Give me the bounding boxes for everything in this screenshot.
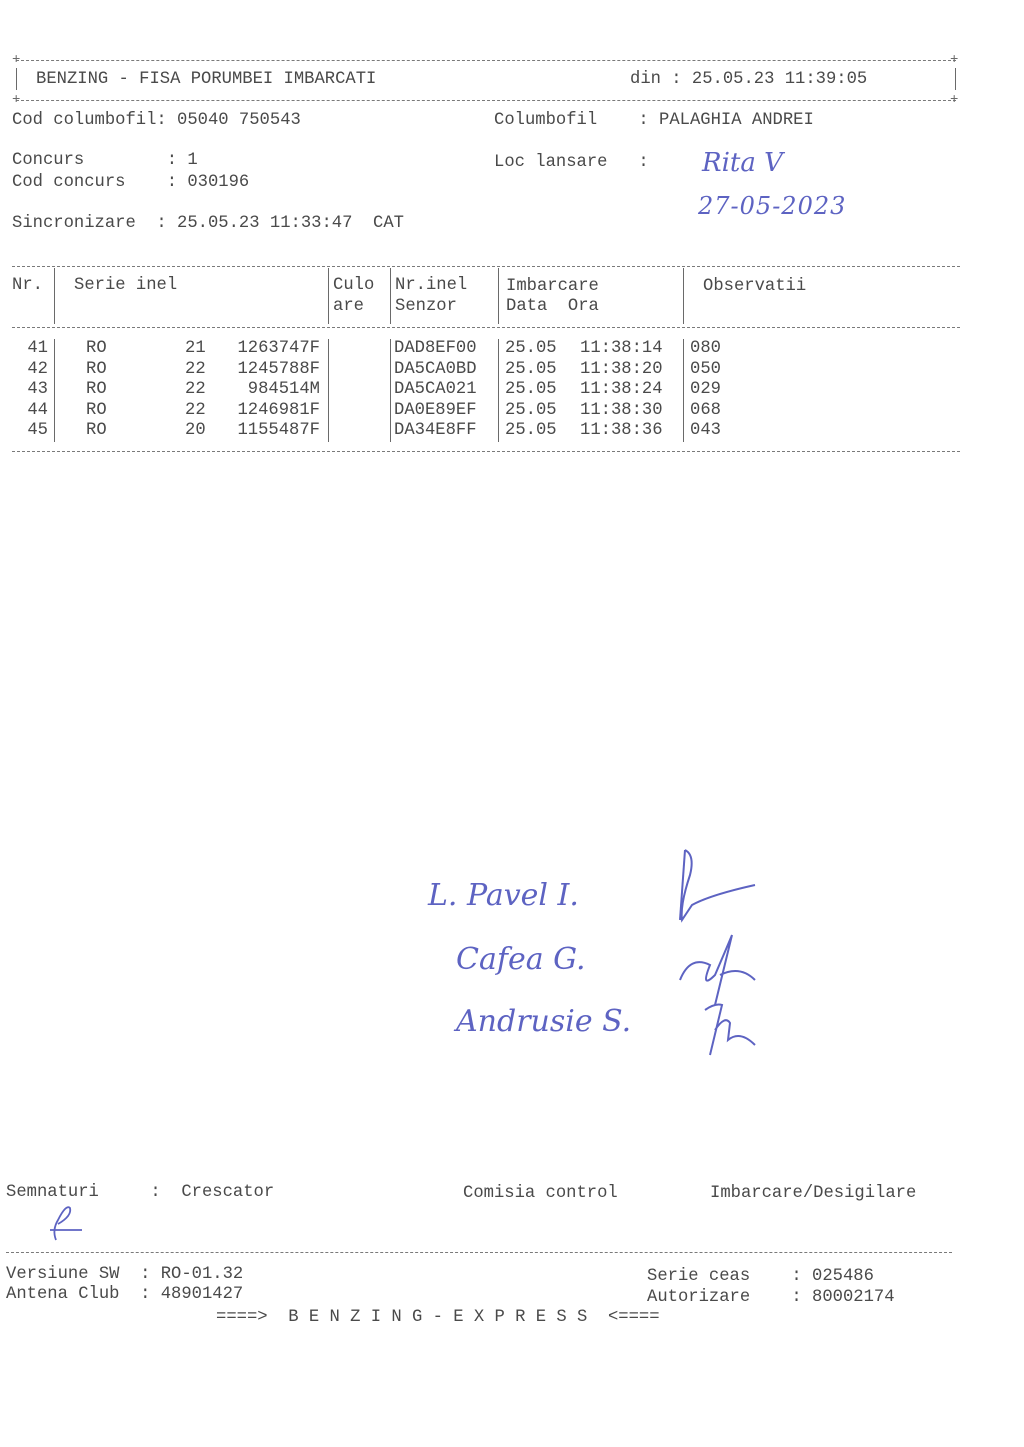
columbofil-name: PALAGHIA ANDREI [659,111,814,130]
cell-nr: 42 [12,360,48,380]
cell-nr: 44 [12,401,48,421]
table-bottom-border [12,451,960,452]
imbarcare-desigilare-label: Imbarcare/Desigilare [710,1184,916,1204]
col-divider [328,339,329,360]
cell-year: 22 [185,401,206,421]
cell-ring: 1155487F [222,421,320,441]
cell-senzor: DA5CA021 [394,380,477,400]
brand-banner: ====> B E N Z I N G - E X P R E S S <===… [216,1308,660,1328]
serie-ceas-value: 025486 [812,1267,874,1286]
cell-country: RO [86,401,107,421]
autorizare: Autorizare : 80002174 [647,1288,895,1308]
comisia-control-label: Comisia control [463,1184,618,1204]
header-imbarcare-2: Data Ora [506,297,599,317]
loc-lansare: Loc lansare : [494,153,649,173]
cell-ora: 11:38:36 [580,421,663,441]
cell-observatii: 029 [690,380,721,400]
cell-year: 22 [185,380,206,400]
corner-mark: + [12,95,20,105]
serie-ceas: Serie ceas : 025486 [647,1267,874,1287]
cell-country: RO [86,380,107,400]
sincronizare-value: 25.05.23 11:33:47 [177,214,352,233]
header-serie-inel: Serie inel [74,276,177,296]
cell-data: 25.05 [505,360,557,380]
header-nr: Nr. [12,276,43,296]
cell-ora: 11:38:20 [580,360,663,380]
col-divider [54,380,55,401]
sincronizare: Sincronizare : 25.05.23 11:33:47 CAT [12,214,404,234]
versiune-sw: Versiune SW : RO-01.32 [6,1265,243,1285]
header-nr-inel-2: Senzor [395,297,457,317]
table-row: 41RO211263747FDAD8EF0025.0511:38:14080 [0,339,1024,360]
col-divider [683,339,684,360]
versiune-sw-value: RO-01.32 [161,1265,244,1284]
cell-nr: 41 [12,339,48,359]
col-divider [498,421,499,442]
print-date-label: din : 25.05.23 11:39:05 [630,70,867,90]
cell-year: 20 [185,421,206,441]
col-divider [498,339,499,360]
concurs: Concurs : 1 [12,151,198,171]
cell-data: 25.05 [505,401,557,421]
corner-mark: + [950,55,958,65]
cell-ora: 11:38:24 [580,380,663,400]
col-divider [498,380,499,401]
cell-year: 22 [185,360,206,380]
cell-observatii: 080 [690,339,721,359]
col-divider [683,360,684,381]
cell-ring: 984514M [222,380,320,400]
col-divider [498,360,499,381]
commission-signature-2: Cafea G. [456,942,586,977]
document-title: BENZING - FISA PORUMBEI IMBARCATI [36,70,376,90]
col-divider [54,339,55,360]
header-nr-inel-1: Nr.inel [395,276,467,296]
col-divider [390,401,391,422]
cell-ora: 11:38:14 [580,339,663,359]
table-top-border [12,266,960,267]
header-top-border [16,60,956,61]
antena-club: Antena Club : 48901427 [6,1285,243,1305]
cell-ora: 11:38:30 [580,401,663,421]
corner-mark: + [12,55,20,65]
col-divider [390,268,391,324]
header-right-border [955,68,956,90]
cod-columbofil: Cod columbofil: 05040 750543 [12,111,301,131]
cell-senzor: DA0E89EF [394,401,477,421]
footer-divider [6,1252,952,1253]
col-divider [54,268,55,324]
col-divider [683,380,684,401]
autorizare-value: 80002174 [812,1288,895,1307]
cell-year: 21 [185,339,206,359]
col-divider [54,360,55,381]
print-date-value: 25.05.23 11:39:05 [692,70,867,89]
col-divider [390,339,391,360]
corner-mark: + [950,95,958,105]
commission-signature-1: L. Pavel I. [428,878,579,913]
cell-nr: 45 [12,421,48,441]
table-row: 43RO22984514MDA5CA02125.0511:38:24029 [0,380,1024,401]
cell-senzor: DA34E8FF [394,421,477,441]
cell-data: 25.05 [505,380,557,400]
table-row: 44RO221246981FDA0E89EF25.0511:38:30068 [0,401,1024,422]
cell-data: 25.05 [505,339,557,359]
header-left-border [16,68,17,90]
col-divider [328,421,329,442]
semnaturi-label: Semnaturi : Crescator [6,1183,274,1203]
col-divider [683,268,684,324]
col-divider [328,380,329,401]
header-imbarcare-1: Imbarcare [506,277,599,297]
col-divider [54,421,55,442]
cell-observatii: 043 [690,421,721,441]
cell-country: RO [86,421,107,441]
columbofil: Columbofil : PALAGHIA ANDREI [494,111,814,131]
commission-signature-3: Andrusie S. [456,1004,631,1039]
header-culoare-1: Culo [333,276,374,296]
col-divider [328,360,329,381]
col-divider [683,421,684,442]
cell-ring: 1263747F [222,339,320,359]
sincronizare-zone: CAT [373,214,404,233]
table-row: 42RO221245788FDA5CA0BD25.0511:38:20050 [0,360,1024,381]
crescator-label: Crescator [181,1183,274,1202]
cell-observatii: 068 [690,401,721,421]
loc-lansare-handwritten: Rita V [702,148,783,178]
col-divider [498,268,499,324]
header-bottom-border [16,100,956,101]
cell-country: RO [86,360,107,380]
crescator-signature-icon [48,1200,88,1245]
col-divider [328,268,329,324]
col-divider [390,360,391,381]
col-divider [390,380,391,401]
col-divider [328,401,329,422]
cell-ring: 1246981F [222,401,320,421]
cell-observatii: 050 [690,360,721,380]
antena-club-value: 48901427 [161,1285,244,1304]
col-divider [683,401,684,422]
cod-columbofil-value: 05040 750543 [177,111,301,130]
cell-ring: 1245788F [222,360,320,380]
cell-nr: 43 [12,380,48,400]
cell-senzor: DAD8EF00 [394,339,477,359]
cell-country: RO [86,339,107,359]
loc-lansare-date-handwritten: 27-05-2023 [698,192,846,220]
header-culoare-2: are [333,297,364,317]
signature-mark-icon [670,845,770,1075]
cell-senzor: DA5CA0BD [394,360,477,380]
concurs-value: 1 [187,151,197,170]
cell-data: 25.05 [505,421,557,441]
col-divider [54,401,55,422]
table-row: 45RO201155487FDA34E8FF25.0511:38:36043 [0,421,1024,442]
header-observatii: Observatii [703,277,806,297]
col-divider [390,421,391,442]
cod-concurs-value: 030196 [187,173,249,192]
table-header-divider [12,327,960,328]
cod-concurs: Cod concurs : 030196 [12,173,249,193]
col-divider [498,401,499,422]
